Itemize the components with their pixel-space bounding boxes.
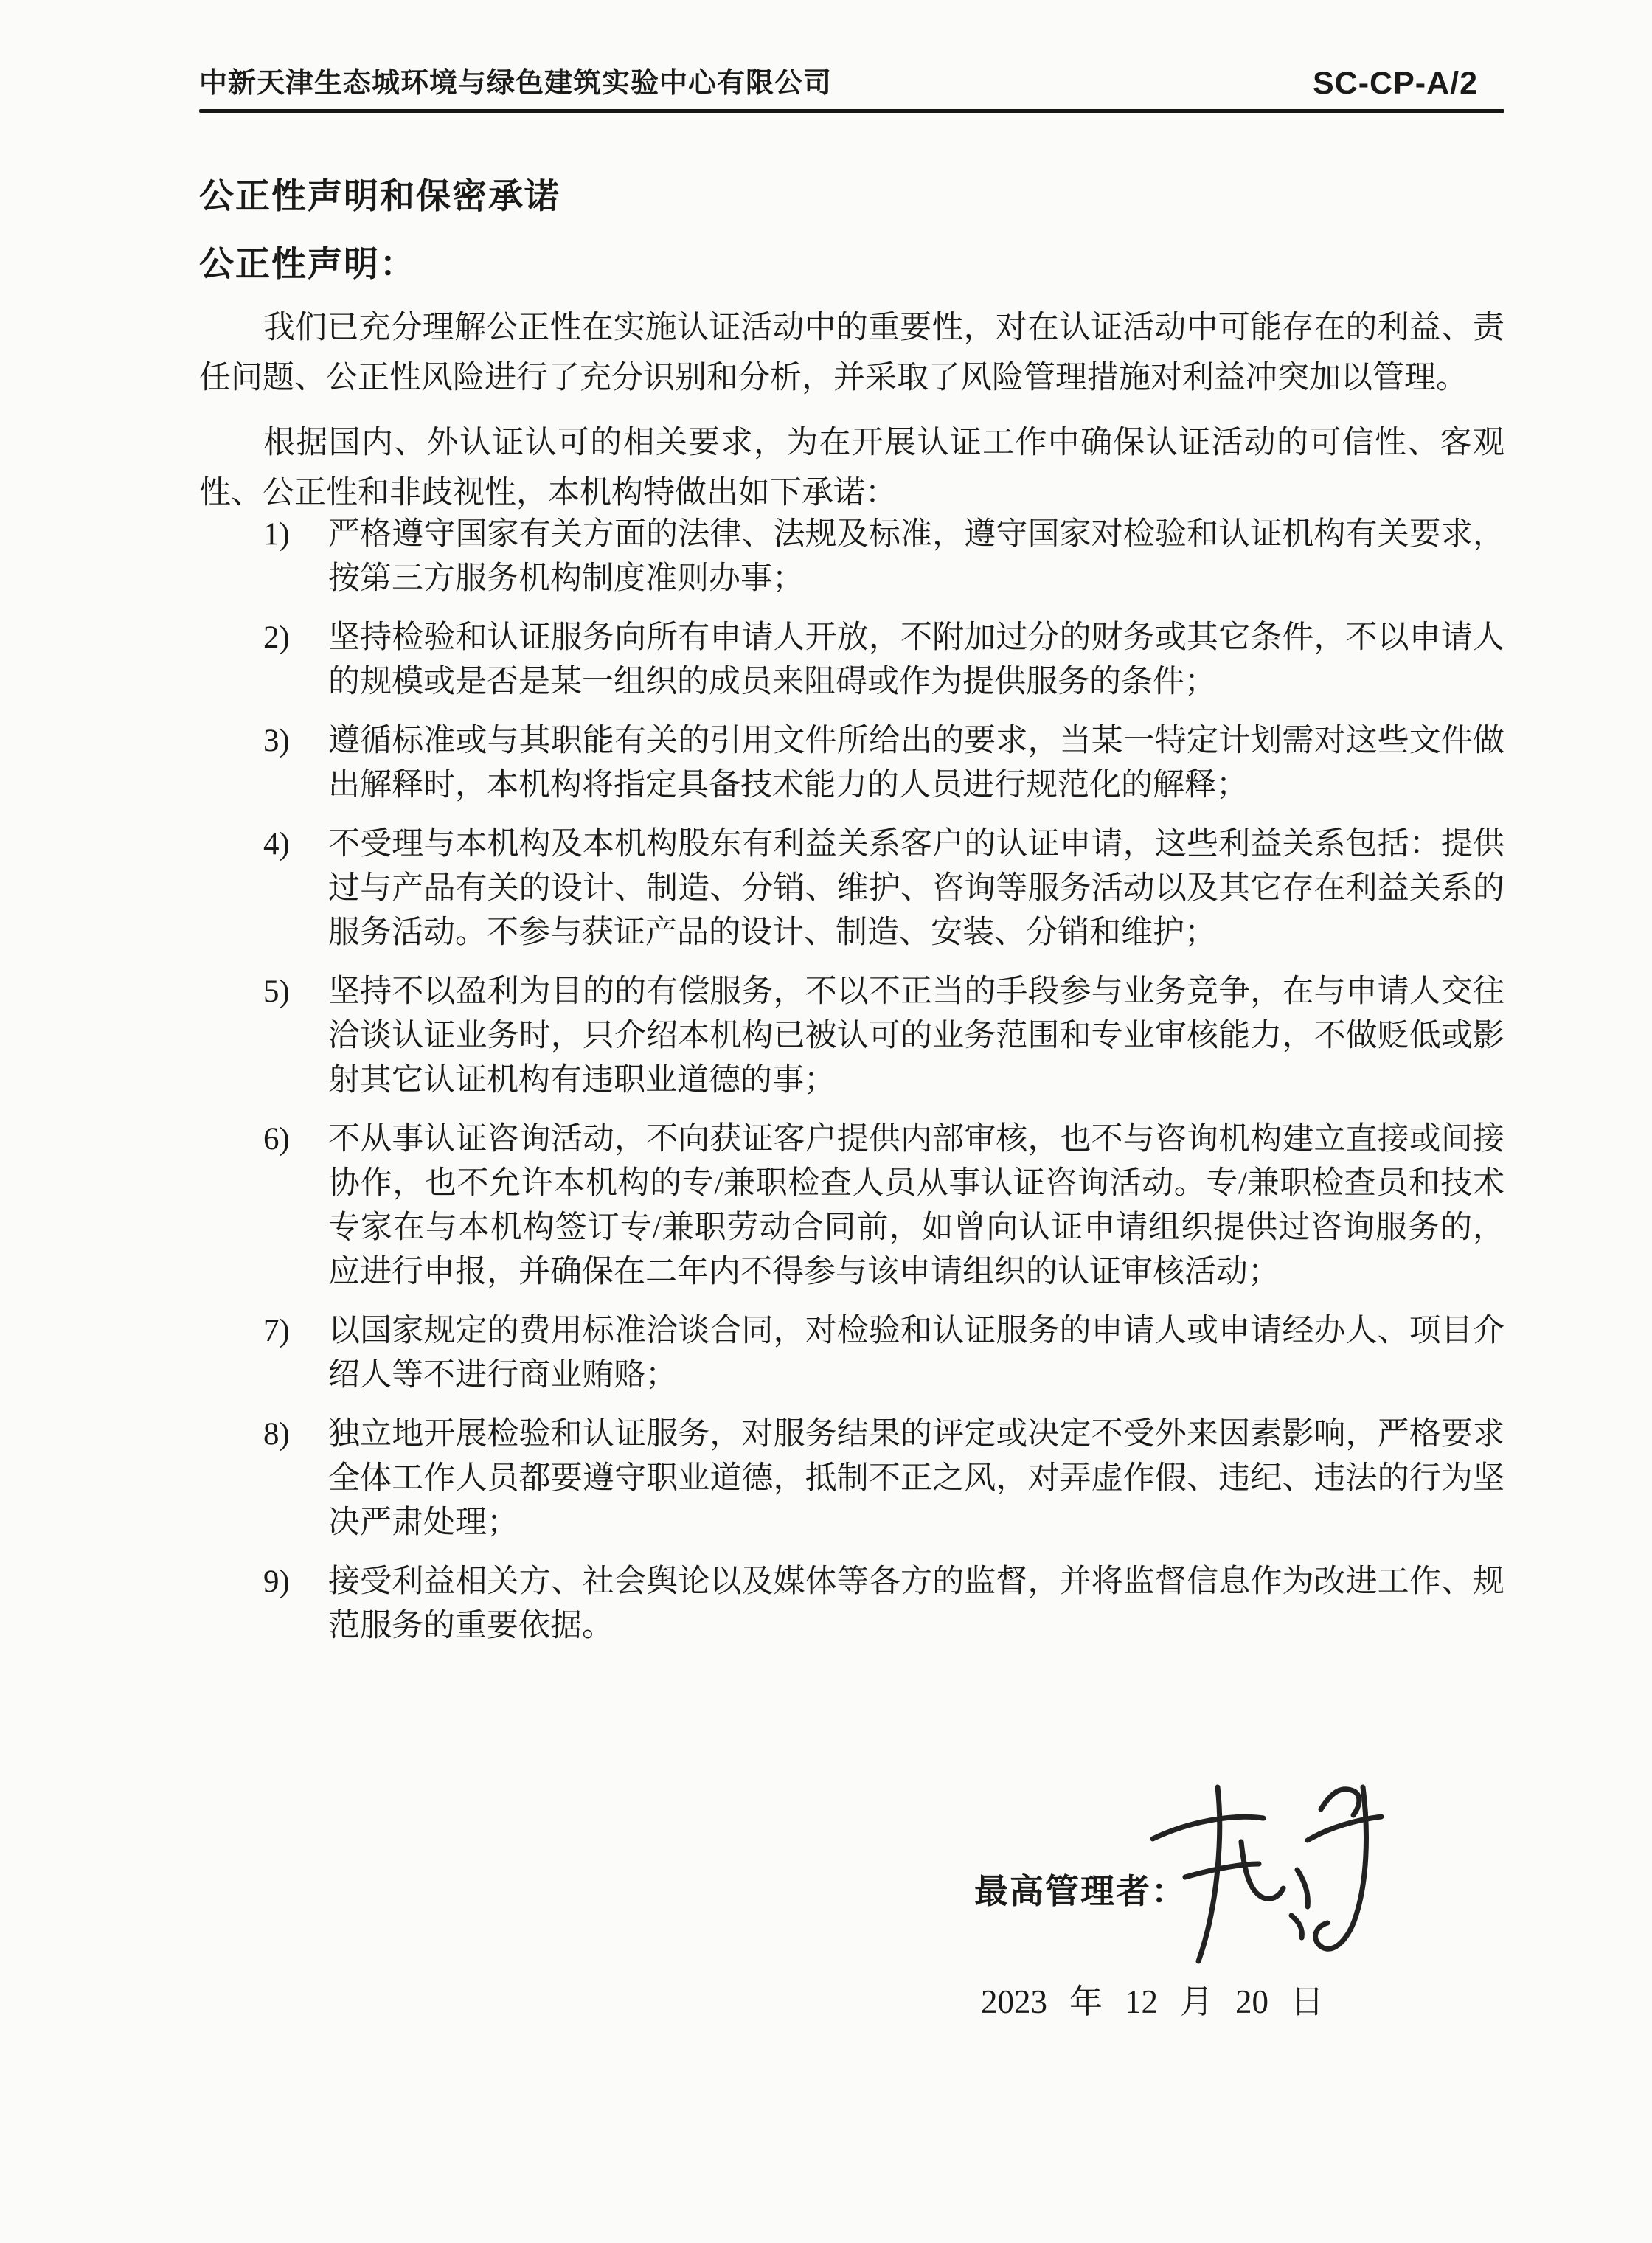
- commitment-item: 7) 以国家规定的费用标准洽谈合同，对检验和认证服务的申请人或申请经办人、项目介…: [199, 1309, 1504, 1398]
- item-number: 4): [263, 822, 328, 955]
- commitment-item: 6) 不从事认证咨询活动，不向获证客户提供内部审核，也不与咨询机构建立直接或间接…: [199, 1117, 1504, 1294]
- item-number: 1): [263, 513, 328, 601]
- item-number: 3): [263, 719, 328, 808]
- item-number: 8): [263, 1412, 328, 1545]
- header-rule: [199, 109, 1504, 113]
- signature-label: 最高管理者：: [974, 1871, 1187, 1911]
- company-name: 中新天津生态城环境与绿色建筑实验中心有限公司: [199, 65, 832, 102]
- item-text: 以国家规定的费用标准洽谈合同，对检验和认证服务的申请人或申请经办人、项目介绍人等…: [328, 1309, 1504, 1398]
- date-token: 日: [1291, 1982, 1324, 2022]
- page: { "colors": { "paper": "#fbfbf9", "ink":…: [0, 0, 1652, 2243]
- item-number: 6): [263, 1117, 328, 1294]
- item-number: 2): [263, 616, 328, 704]
- item-number: 5): [263, 970, 328, 1103]
- date-token: 12: [1125, 1982, 1158, 2022]
- signature-date: 2023年12月20日: [981, 1982, 1324, 2022]
- item-text: 独立地开展检验和认证服务，对服务结果的评定或决定不受外来因素影响，严格要求全体工…: [328, 1412, 1504, 1545]
- commitment-item: 2) 坚持检验和认证服务向所有申请人开放，不附加过分的财务或其它条件，不以申请人…: [199, 616, 1504, 704]
- doc-code: SC-CP-A/2: [1313, 65, 1504, 102]
- item-number: 7): [263, 1309, 328, 1398]
- commitment-item: 9) 接受利益相关方、社会舆论以及媒体等各方的监督，并将监督信息作为改进工作、规…: [199, 1560, 1504, 1649]
- commitment-item: 1) 严格遵守国家有关方面的法律、法规及标准，遵守国家对检验和认证机构有关要求，…: [199, 513, 1504, 601]
- commitment-item: 5) 坚持不以盈利为目的的有偿服务，不以不正当的手段参与业务竞争，在与申请人交往…: [199, 970, 1504, 1103]
- page-header: 中新天津生态城环境与绿色建筑实验中心有限公司 SC-CP-A/2: [199, 0, 1504, 102]
- document-title: 公正性声明和保密承诺: [199, 176, 1504, 216]
- commitment-item: 3) 遵循标准或与其职能有关的引用文件所给出的要求，当某一特定计划需对这些文件做…: [199, 719, 1504, 808]
- date-token: 年: [1069, 1982, 1103, 2022]
- section-heading: 公正性声明：: [199, 244, 1504, 284]
- item-number: 9): [263, 1560, 328, 1649]
- paragraph-intro-2: 根据国内、外认证认可的相关要求，为在开展认证工作中确保认证活动的可信性、客观性、…: [199, 418, 1504, 519]
- item-text: 接受利益相关方、社会舆论以及媒体等各方的监督，并将监督信息作为改进工作、规范服务…: [328, 1560, 1504, 1649]
- date-token: 20: [1235, 1982, 1268, 2022]
- commitment-item: 8) 独立地开展检验和认证服务，对服务结果的评定或决定不受外来因素影响，严格要求…: [199, 1412, 1504, 1545]
- date-token: 2023: [981, 1982, 1047, 2022]
- commitment-item: 4) 不受理与本机构及本机构股东有利益关系客户的认证申请，这些利益关系包括：提供…: [199, 822, 1504, 955]
- item-text: 坚持检验和认证服务向所有申请人开放，不附加过分的财务或其它条件，不以申请人的规模…: [328, 616, 1504, 704]
- item-text: 不受理与本机构及本机构股东有利益关系客户的认证申请，这些利益关系包括：提供过与产…: [328, 822, 1504, 955]
- item-text: 严格遵守国家有关方面的法律、法规及标准，遵守国家对检验和认证机构有关要求，按第三…: [328, 513, 1504, 601]
- item-text: 遵循标准或与其职能有关的引用文件所给出的要求，当某一特定计划需对这些文件做出解释…: [328, 719, 1504, 808]
- item-text: 坚持不以盈利为目的的有偿服务，不以不正当的手段参与业务竞争，在与申请人交往洽谈认…: [328, 970, 1504, 1103]
- date-token: 月: [1180, 1982, 1213, 2022]
- document-page: 中新天津生态城环境与绿色建筑实验中心有限公司 SC-CP-A/2 公正性声明和保…: [199, 0, 1504, 2091]
- signature-block: 最高管理者： 2023年12月20日: [199, 1781, 1504, 2091]
- commitments-list: 1) 严格遵守国家有关方面的法律、法规及标准，遵守国家对检验和认证机构有关要求，…: [199, 513, 1504, 1649]
- paragraph-intro-1: 我们已充分理解公正性在实施认证活动中的重要性，对在认证活动中可能存在的利益、责任…: [199, 303, 1504, 403]
- item-text: 不从事认证咨询活动，不向获证客户提供内部审核，也不与咨询机构建立直接或间接协作，…: [328, 1117, 1504, 1294]
